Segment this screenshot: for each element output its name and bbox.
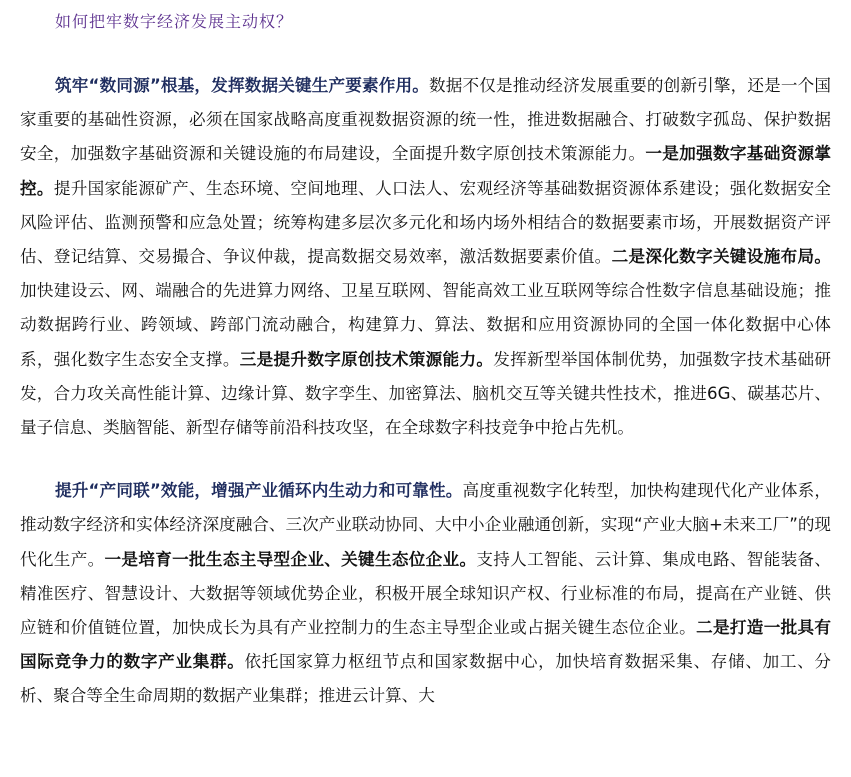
article: 如何把牢数字经济发展主动权？ 筑牢“数同源”根基，发挥数据关键生产要素作用。数据… — [0, 0, 851, 714]
point-heading: 二是深化数字关键设施布局。 — [612, 247, 831, 266]
point-heading: 一是培育一批生态主导型企业、关键生态位企业。 — [105, 550, 477, 569]
lead-sentence: 筑牢“数同源”根基，发挥数据关键生产要素作用。 — [55, 76, 429, 95]
article-question-heading: 如何把牢数字经济发展主动权？ — [20, 0, 831, 36]
lead-sentence: 提升“产同联”效能，增强产业循环内生动力和可靠性。 — [55, 481, 463, 500]
paragraph-data-source: 筑牢“数同源”根基，发挥数据关键生产要素作用。数据不仅是推动经济发展重要的创新引… — [20, 69, 831, 445]
paragraph-industry-link: 提升“产同联”效能，增强产业循环内生动力和可靠性。高度重视数字化转型，加快构建现… — [20, 474, 831, 713]
point-heading: 三是提升数字原创技术策源能力。 — [240, 350, 494, 369]
